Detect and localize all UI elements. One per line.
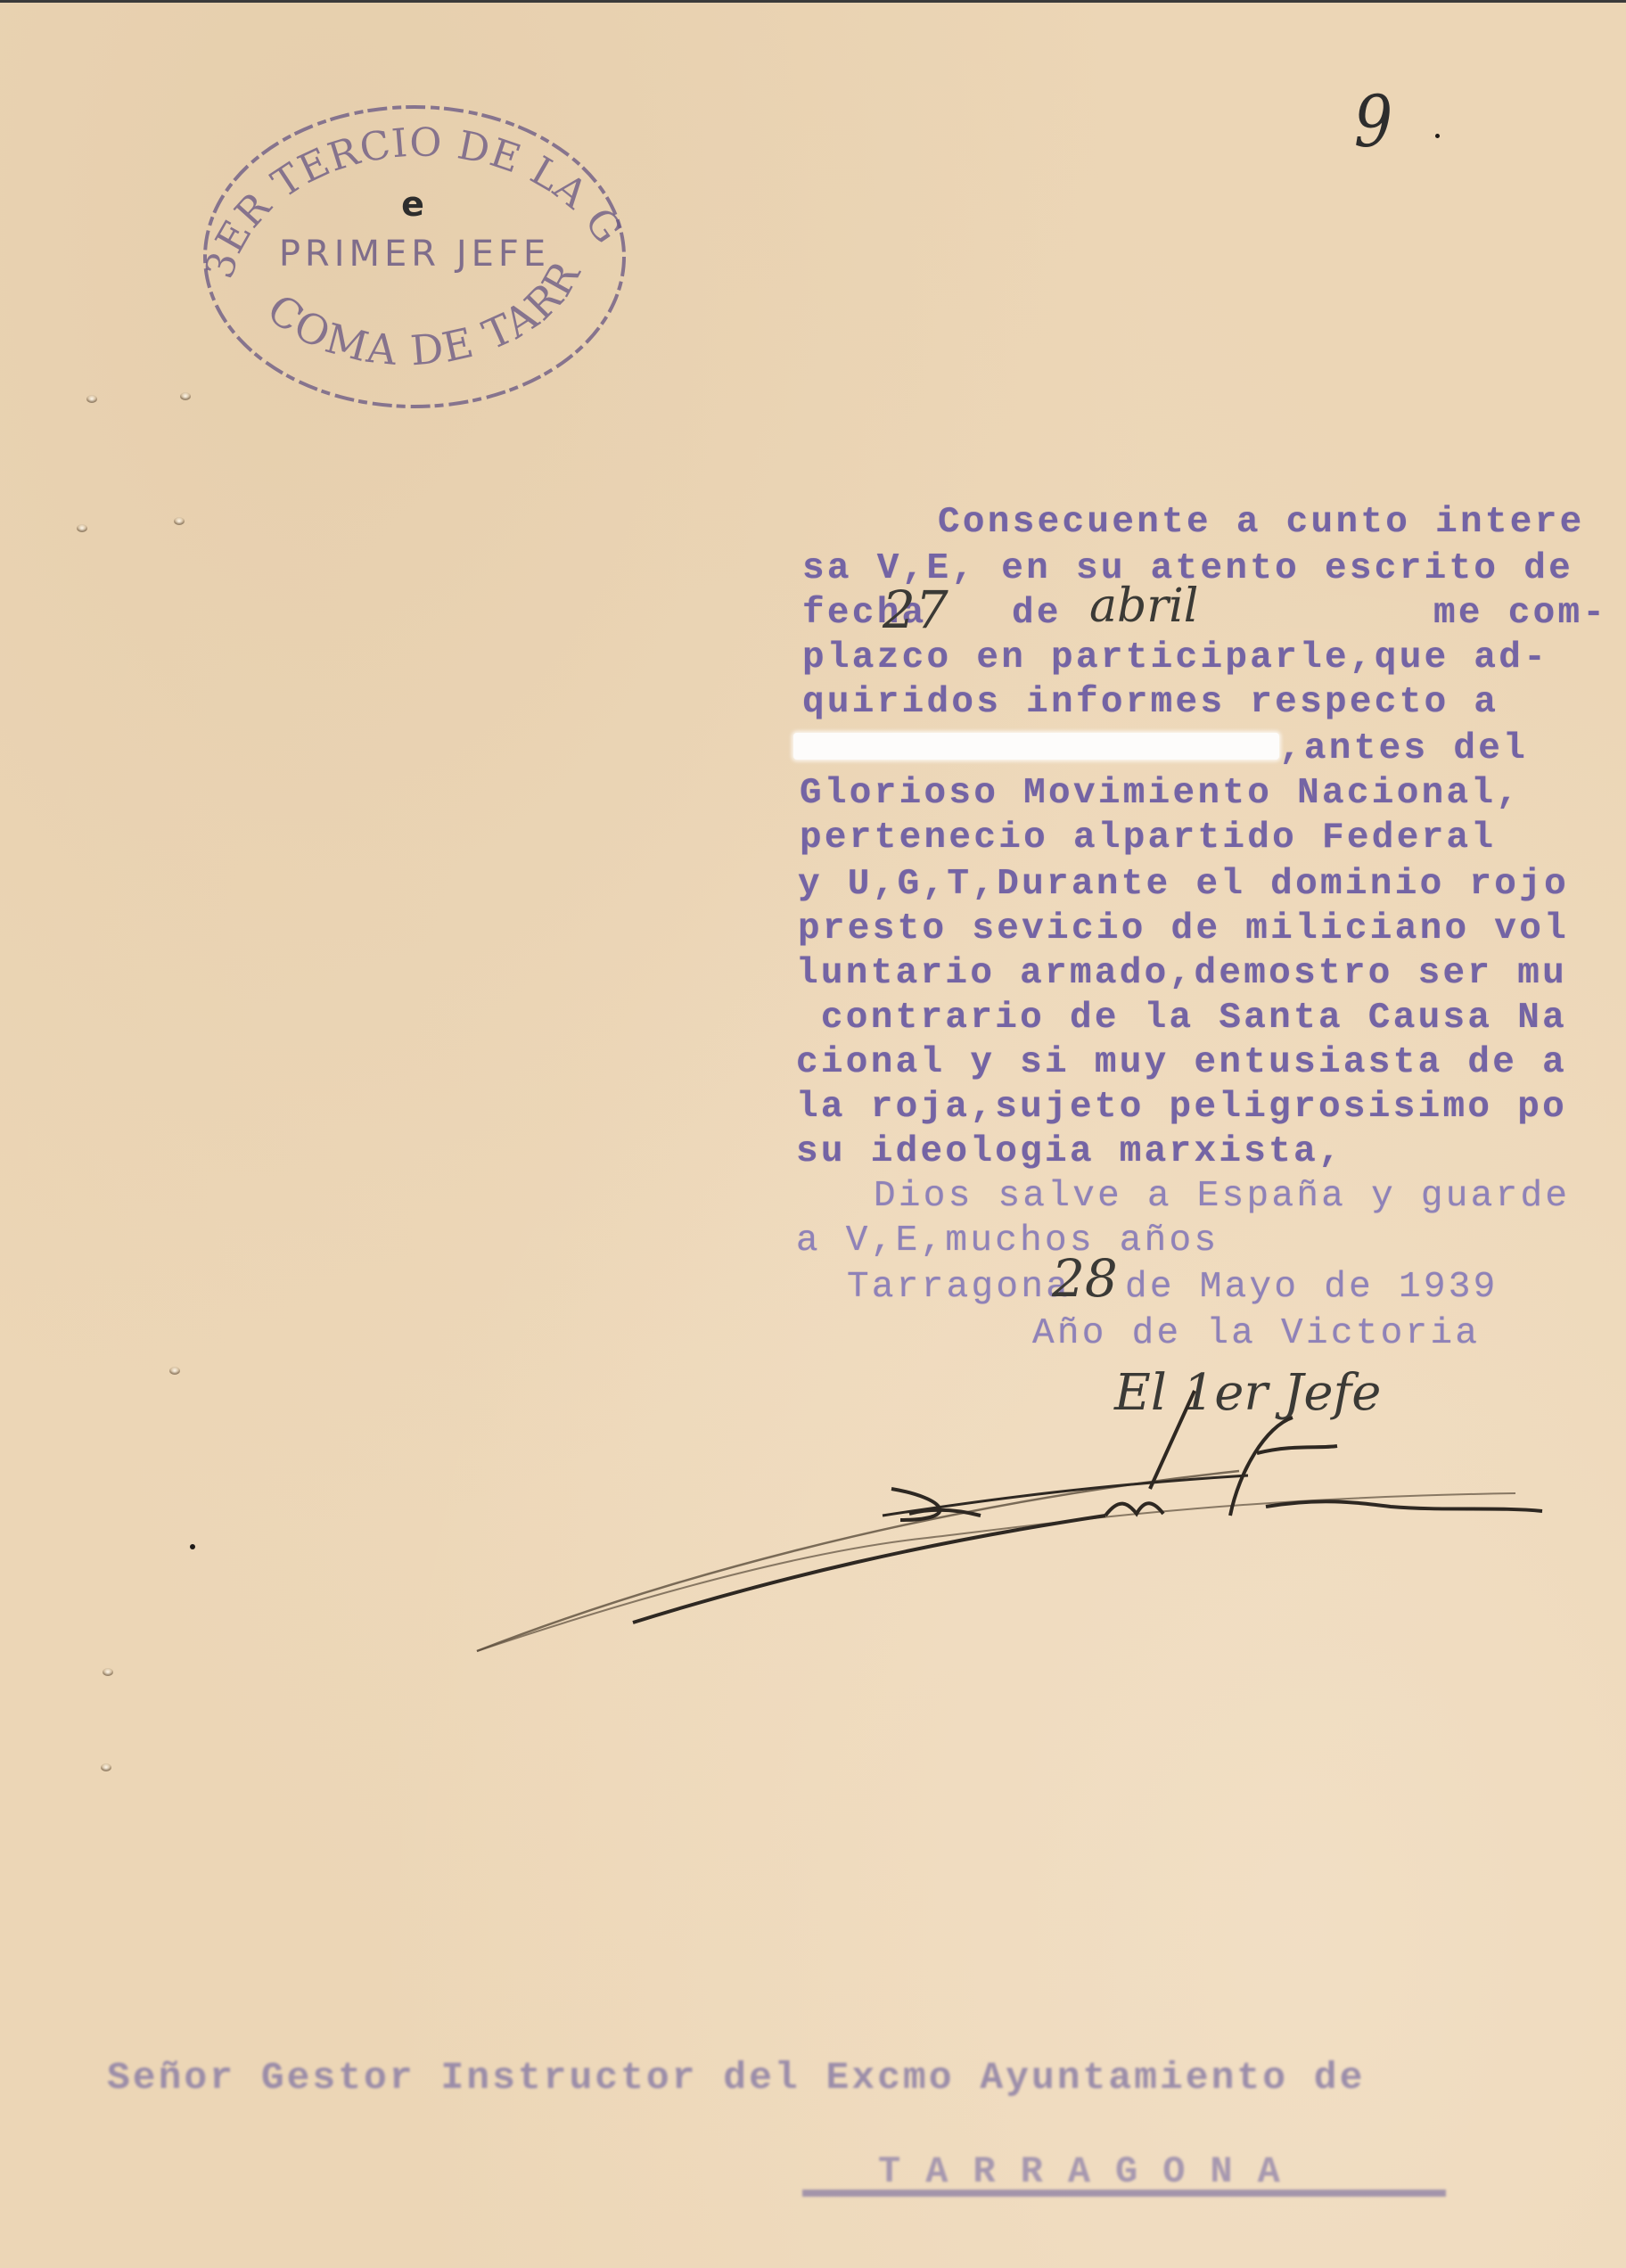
handwritten-date-day: 27 — [883, 579, 948, 640]
punch-hole — [77, 524, 87, 532]
victory-year-line: Año de la Victoria — [1032, 1316, 1480, 1352]
handwritten-signing-day: 28 — [1052, 1248, 1118, 1309]
closing-line-1: Dios salve a España y guarde — [874, 1179, 1570, 1215]
signature — [464, 1364, 1560, 1667]
signature-flourish-icon — [464, 1364, 1560, 1667]
body-line-12: contrario de la Santa Causa Na — [796, 1000, 1567, 1037]
punch-hole — [103, 1668, 113, 1676]
letter-body: Consecuente a cunto intere sa V,E, en su… — [0, 0, 1626, 2268]
body-line-1: Consecuente a cunto intere — [938, 505, 1585, 541]
closing-line-2: a V,E,muchos años — [796, 1223, 1219, 1260]
ink-speck — [1435, 134, 1440, 138]
punch-hole — [174, 517, 185, 525]
addressee-city: TARRAGONA — [878, 2150, 1305, 2193]
body-line-4: plazco en participarle,que ad- — [802, 640, 1548, 677]
addressee-line: Señor Gestor Instructor del Excmo Ayunta… — [107, 2056, 1365, 2100]
city-underline — [802, 2190, 1446, 2197]
handwritten-date-month: abril — [1089, 579, 1198, 633]
body-line-14: la roja,sujeto peligrosisimo po — [796, 1089, 1567, 1126]
body-line-10: presto sevicio de miliciano vol — [798, 911, 1569, 948]
body-line-13: cional y si muy entusiasta de a — [796, 1045, 1567, 1081]
punch-hole — [101, 1763, 111, 1771]
body-line-7: Glorioso Movimiento Nacional, — [800, 776, 1521, 812]
body-line-3b: de — [1012, 596, 1062, 632]
ink-speck — [190, 1544, 195, 1549]
body-line-8: pertenecio alpartido Federal — [800, 820, 1496, 857]
body-line-9: y U,G,T,Durante el dominio rojo — [798, 867, 1569, 903]
punch-hole — [180, 392, 191, 400]
redacted-name — [793, 733, 1279, 760]
body-line-3c: me com- — [1433, 596, 1607, 632]
place-line: Tarragona — [847, 1270, 1071, 1306]
punch-hole — [86, 395, 97, 403]
punch-hole — [169, 1367, 180, 1375]
body-line-6: ,antes del — [1279, 731, 1528, 768]
body-line-15: su ideologia marxista, — [796, 1134, 1343, 1171]
body-line-11: luntario armado,demostro ser mu — [796, 956, 1567, 992]
date-line: de Mayo de 1939 — [1125, 1270, 1499, 1306]
body-line-5: quiridos informes respecto a — [802, 685, 1499, 721]
